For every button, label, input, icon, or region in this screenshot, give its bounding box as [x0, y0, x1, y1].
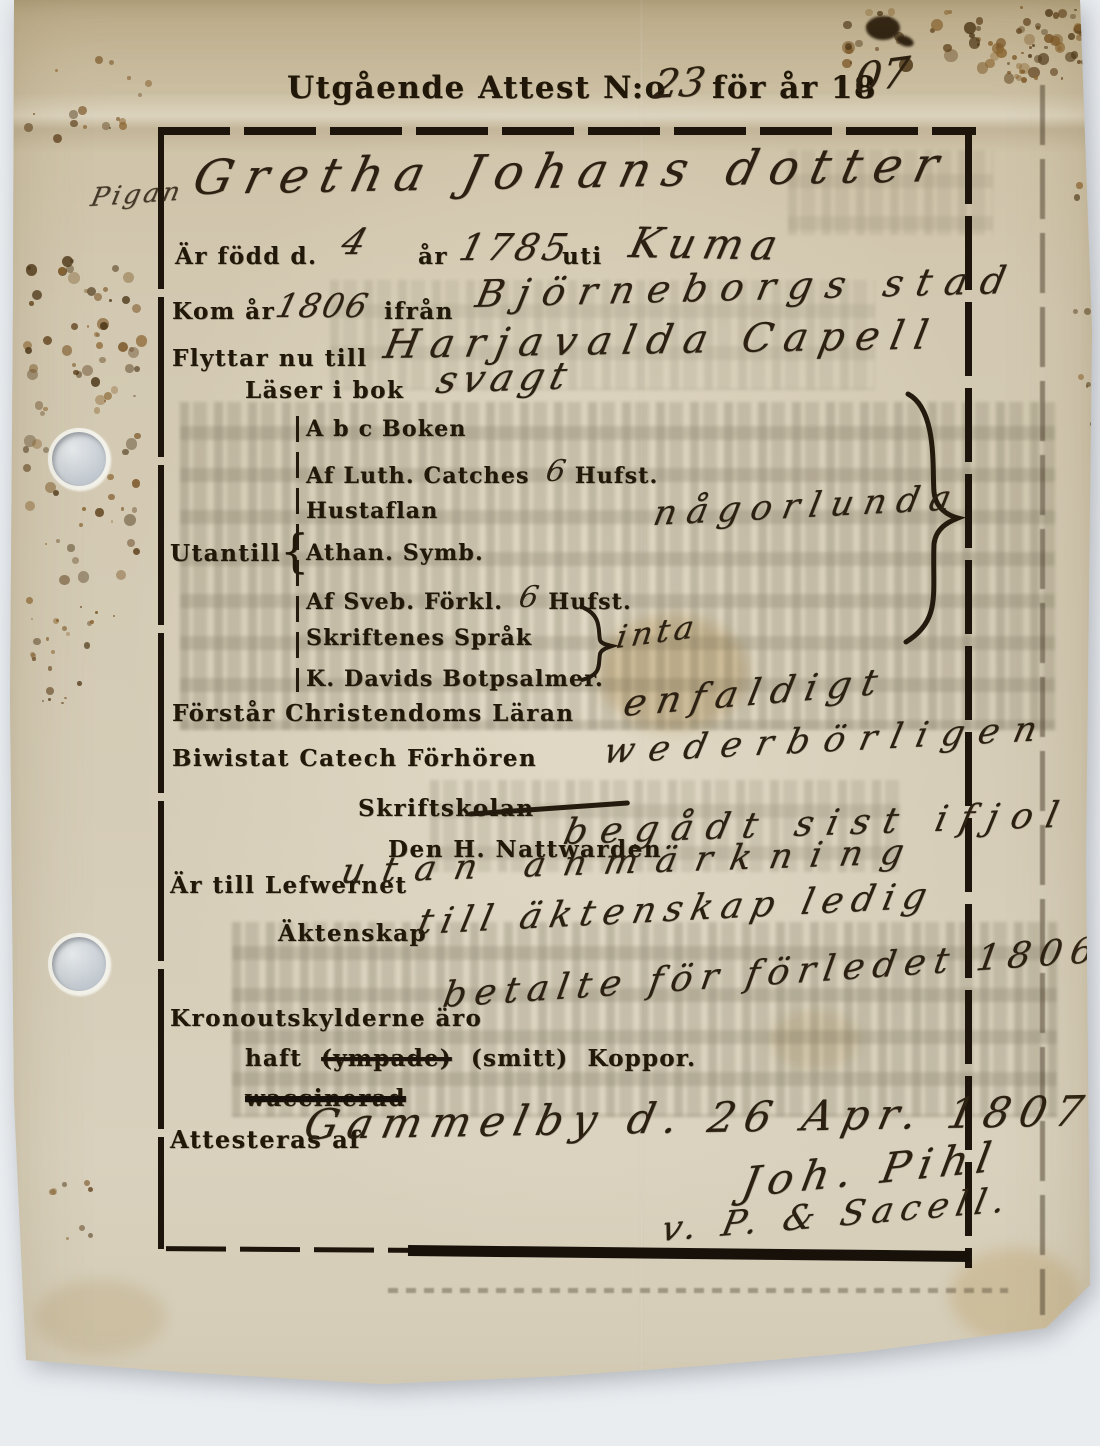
- foxing-spot: [71, 323, 78, 330]
- list-item-label: K. Davids Botpsalmer.: [306, 666, 604, 692]
- foxing-spot: [1074, 9, 1077, 12]
- foxing-spot: [43, 336, 52, 345]
- foxing-spot: [46, 687, 54, 695]
- foxing-spot: [33, 113, 35, 115]
- foxing-spot: [845, 43, 852, 50]
- foxing-spot: [103, 287, 108, 292]
- foxing-spot: [59, 575, 70, 586]
- foxing-spot: [79, 523, 84, 528]
- foxing-spot: [84, 642, 91, 649]
- foxing-spot: [127, 76, 130, 79]
- foxing-spot: [35, 401, 43, 409]
- scanned-document-photo: Utgående Attest N:o 23 för år 18 07 Piga…: [0, 0, 1100, 1446]
- foxing-spot: [1021, 52, 1023, 54]
- foxing-spot: [70, 120, 77, 127]
- foxing-spot: [116, 570, 127, 581]
- foxing-spot: [133, 548, 141, 556]
- foxing-spot: [1073, 309, 1078, 314]
- foxing-spot: [23, 464, 31, 472]
- foxing-spot: [568, 1423, 574, 1429]
- foxing-spot: [1028, 54, 1032, 58]
- foxing-spot: [1004, 73, 1015, 84]
- list-item: Hustaflan: [306, 498, 438, 524]
- list-item-label: Hustaflan: [306, 498, 438, 524]
- foxing-spot: [132, 479, 141, 488]
- foxing-spot: [84, 1180, 90, 1186]
- list-item: A b c Boken: [306, 416, 467, 442]
- foxing-spot: [48, 698, 51, 701]
- foxing-spot: [127, 539, 135, 547]
- foxing-spot: [24, 123, 33, 132]
- foxing-spot: [46, 637, 50, 641]
- foxing-spot: [1068, 33, 1074, 39]
- foxing-spot: [25, 347, 32, 354]
- foxing-spot: [1096, 432, 1098, 434]
- punch-hole: [48, 933, 110, 995]
- foxing-spot: [61, 702, 63, 704]
- foxing-spot: [1023, 18, 1031, 26]
- utantill-label: Utantill: [170, 540, 281, 567]
- foxing-spot: [125, 364, 134, 373]
- foxing-spot: [123, 272, 135, 284]
- foxing-spot: [1084, 23, 1088, 27]
- foxing-spot: [53, 618, 59, 624]
- foxing-spot: [865, 9, 873, 17]
- foxing-spot: [1090, 0, 1100, 10]
- foxing-spot: [88, 1187, 93, 1192]
- list-item-label: Athan. Symb.: [306, 540, 484, 566]
- ink-smudge: [866, 16, 900, 40]
- foxing-spot: [107, 474, 114, 481]
- reads-label: Läser i bok: [245, 377, 404, 404]
- foxing-spot: [850, 61, 852, 63]
- foxing-spot: [875, 47, 878, 50]
- foxing-spot: [109, 127, 111, 129]
- foxing-spot: [1021, 77, 1028, 84]
- foxing-spot: [119, 122, 127, 130]
- foxing-spot: [108, 494, 115, 501]
- foxing-spot: [1020, 6, 1023, 9]
- list-item: Skriftenes Språk: [306, 625, 532, 651]
- header-year-handwritten: 07: [852, 47, 912, 103]
- list-item-suffix: Hufst.: [575, 463, 659, 489]
- foxing-spot: [1081, 59, 1087, 65]
- foxing-spot: [1086, 382, 1091, 387]
- born-place-label: uti: [562, 243, 603, 270]
- foxing-spot: [33, 638, 40, 645]
- foxing-spot: [1035, 23, 1041, 29]
- foxing-spot: [82, 365, 93, 376]
- foxing-spot: [87, 325, 89, 327]
- list-item: Athan. Symb.: [306, 540, 484, 566]
- foxing-spot: [78, 106, 87, 115]
- attest-paper-sheet: Utgående Attest N:o 23 för år 18 07 Piga…: [0, 0, 1100, 1446]
- came-year-handwritten: 1806: [272, 286, 374, 325]
- foxing-spot: [90, 620, 94, 624]
- foxing-spot: [27, 266, 31, 270]
- pox-label-smitt: (smitt): [471, 1045, 568, 1072]
- foxing-spot: [1070, 14, 1075, 19]
- foxing-spot: [70, 259, 74, 263]
- foxing-spot: [136, 335, 148, 347]
- foxing-spot: [976, 17, 984, 25]
- foxing-spot: [111, 520, 113, 522]
- foxing-spot: [51, 1188, 57, 1194]
- foxing-spot: [138, 93, 142, 97]
- born-place-handwritten: Kuma: [625, 218, 790, 270]
- foxing-spot: [1074, 194, 1081, 201]
- foxing-spot: [82, 507, 86, 511]
- born-label: Är född d.: [175, 243, 317, 270]
- foxing-spot: [1007, 62, 1010, 65]
- taxes-label: Kronoutskylderne äro: [170, 1005, 482, 1032]
- foxing-spot: [1092, 270, 1097, 275]
- foxing-spot: [477, 1426, 481, 1430]
- header-attest-number-handwritten: 23: [650, 59, 709, 108]
- foxing-spot: [270, 1426, 277, 1433]
- foxing-spot: [843, 21, 852, 30]
- foxing-spot: [969, 37, 980, 48]
- foxing-spot: [32, 439, 42, 449]
- foxing-spot: [133, 395, 136, 398]
- foxing-spot: [95, 508, 103, 516]
- foxing-spot: [31, 618, 33, 620]
- foxing-spot: [996, 38, 1007, 49]
- list-item-label: Af Sveb. Förkl.: [306, 589, 503, 615]
- came-label: Kom år: [172, 298, 275, 325]
- foxing-spot: [62, 345, 73, 356]
- foxing-spot: [25, 501, 35, 511]
- foxing-spot: [29, 301, 34, 306]
- foxing-spot: [56, 539, 60, 543]
- frame-border-left: [158, 129, 164, 1249]
- foxing-spot: [94, 407, 100, 413]
- reads-value-handwritten: svagt: [432, 353, 578, 402]
- marriage-label: Äktenskap: [278, 920, 427, 947]
- foxing-spot: [78, 571, 89, 582]
- foxing-spot: [1082, 61, 1086, 65]
- foxing-spot: [121, 507, 124, 510]
- foxing-spot: [931, 19, 943, 31]
- foxing-spot: [91, 377, 100, 386]
- foxing-spot: [95, 56, 103, 64]
- foxing-spot: [122, 449, 129, 456]
- pox-label-koppor: Koppor.: [587, 1045, 696, 1072]
- foxing-spot: [55, 69, 58, 72]
- foxing-spot: [96, 342, 103, 349]
- foxing-spot: [99, 357, 106, 364]
- foxing-spot: [132, 304, 141, 313]
- foxing-spot: [66, 1237, 69, 1240]
- foxing-spot: [1016, 28, 1023, 35]
- foxing-spot: [1078, 374, 1084, 380]
- list-divider-line: [296, 416, 299, 692]
- foxing-spot: [976, 26, 980, 30]
- pox-label-haft: haft: [245, 1045, 302, 1072]
- foxing-spot: [31, 653, 36, 658]
- foxing-spot: [1083, 18, 1091, 26]
- foxing-spot: [1029, 46, 1032, 49]
- foxing-spot: [83, 125, 87, 129]
- foxing-spot: [944, 49, 958, 63]
- foxing-spot: [23, 446, 29, 452]
- foxing-spot: [80, 606, 82, 608]
- foxing-spot: [1050, 68, 1058, 76]
- foxing-spot: [126, 438, 138, 450]
- list-item-label: Af Luth. Catches: [306, 463, 530, 489]
- foxing-spot: [1012, 55, 1017, 60]
- foxing-spot: [112, 265, 119, 272]
- foxing-spot: [1076, 182, 1082, 188]
- foxing-spot: [145, 80, 152, 87]
- attended-label: Biwistat Catech Förhören: [172, 745, 537, 772]
- foxing-spot: [1061, 77, 1063, 79]
- foxing-spot: [45, 543, 47, 545]
- foxing-spot: [42, 700, 44, 702]
- list-item: K. Davids Botpsalmer.: [306, 666, 604, 692]
- foxing-spot: [1090, 421, 1096, 427]
- foxing-spot: [77, 681, 82, 686]
- list-item-label: A b c Boken: [306, 416, 467, 442]
- foxing-spot: [1082, 8, 1090, 16]
- foxing-spot: [944, 10, 949, 15]
- foxing-spot: [53, 134, 62, 143]
- foxing-spot: [122, 296, 130, 304]
- foxing-spot: [446, 1421, 450, 1425]
- born-year-handwritten: 1785: [455, 226, 576, 269]
- foxing-spot: [76, 371, 83, 378]
- list-item-label: Skriftenes Språk: [306, 625, 532, 651]
- foxing-spot: [1096, 202, 1099, 205]
- foxing-spot: [113, 615, 115, 617]
- foxing-spot: [88, 1233, 94, 1239]
- understands-label: Förstår Christendoms Läran: [172, 700, 574, 727]
- foxing-spot: [132, 507, 137, 512]
- foxing-spot: [1044, 46, 1047, 49]
- foxing-spot: [1065, 52, 1076, 63]
- foxing-spot: [1058, 9, 1067, 18]
- foxing-spot: [1090, 182, 1097, 189]
- foxing-spot: [1024, 34, 1034, 44]
- foxing-spot: [72, 363, 76, 367]
- foxing-spot: [855, 40, 863, 48]
- foxing-spot: [79, 1225, 85, 1231]
- foxing-spot: [69, 110, 78, 119]
- foxing-spot: [66, 632, 70, 636]
- list-item-handwritten-count: 6: [543, 454, 568, 489]
- foxing-spot: [1019, 69, 1023, 73]
- foxing-spot: [100, 322, 109, 331]
- foxing-spot: [111, 386, 119, 394]
- list-item-handwritten-count: 6: [516, 580, 541, 615]
- foxing-spot: [1076, 34, 1083, 41]
- foxing-spot: [64, 697, 67, 700]
- header-printed-prefix: Utgående Attest N:o: [287, 70, 667, 106]
- foxing-spot: [1016, 75, 1022, 81]
- punch-hole: [48, 428, 110, 490]
- paper-wrap: Utgående Attest N:o 23 för år 18 07 Piga…: [0, 0, 1100, 1446]
- foxing-spot: [51, 650, 55, 654]
- foxing-spot: [1074, 23, 1082, 31]
- foxing-spot: [996, 48, 1007, 59]
- foxing-spot: [67, 544, 74, 551]
- foxing-spot: [84, 289, 88, 293]
- handwritten-brace-small: [580, 606, 616, 682]
- foxing-spot: [118, 342, 128, 352]
- born-year-label: år: [418, 243, 448, 270]
- foxing-spot: [527, 1422, 532, 1427]
- foxing-spot: [40, 411, 45, 416]
- foxing-spot: [109, 60, 114, 65]
- foxing-spot: [1084, 308, 1091, 315]
- foxing-spot: [128, 347, 139, 358]
- foxing-spot: [592, 1419, 599, 1426]
- foxing-spot: [1032, 44, 1035, 47]
- foxing-spot: [62, 1182, 67, 1187]
- foxing-spot: [561, 1427, 566, 1432]
- foxing-spot: [26, 597, 33, 604]
- foxing-spot: [124, 514, 136, 526]
- foxing-spot: [104, 400, 106, 402]
- foxing-spot: [95, 611, 98, 614]
- pox-row: haft (ympade) (smitt) Koppor.: [245, 1045, 696, 1072]
- moves-label: Flyttar nu till: [172, 345, 368, 372]
- foxing-spot: [471, 1426, 473, 1428]
- foxing-spot: [48, 666, 53, 671]
- foxing-spot: [964, 22, 976, 34]
- foxing-spot: [1034, 76, 1038, 80]
- frame-border-top: [158, 127, 976, 135]
- foxing-spot: [500, 1428, 503, 1431]
- pox-struck-ympade: (ympade): [321, 1045, 452, 1072]
- foxing-spot: [109, 299, 112, 302]
- foxing-spot: [580, 1420, 585, 1425]
- foxing-spot: [888, 8, 895, 15]
- foxing-spot: [68, 272, 80, 284]
- foxing-spot: [62, 626, 67, 631]
- foxing-spot: [134, 366, 140, 372]
- foxing-spot: [32, 290, 42, 300]
- foxing-spot: [72, 557, 79, 564]
- list-item: Af Luth. Catches6Hufst.: [306, 456, 658, 491]
